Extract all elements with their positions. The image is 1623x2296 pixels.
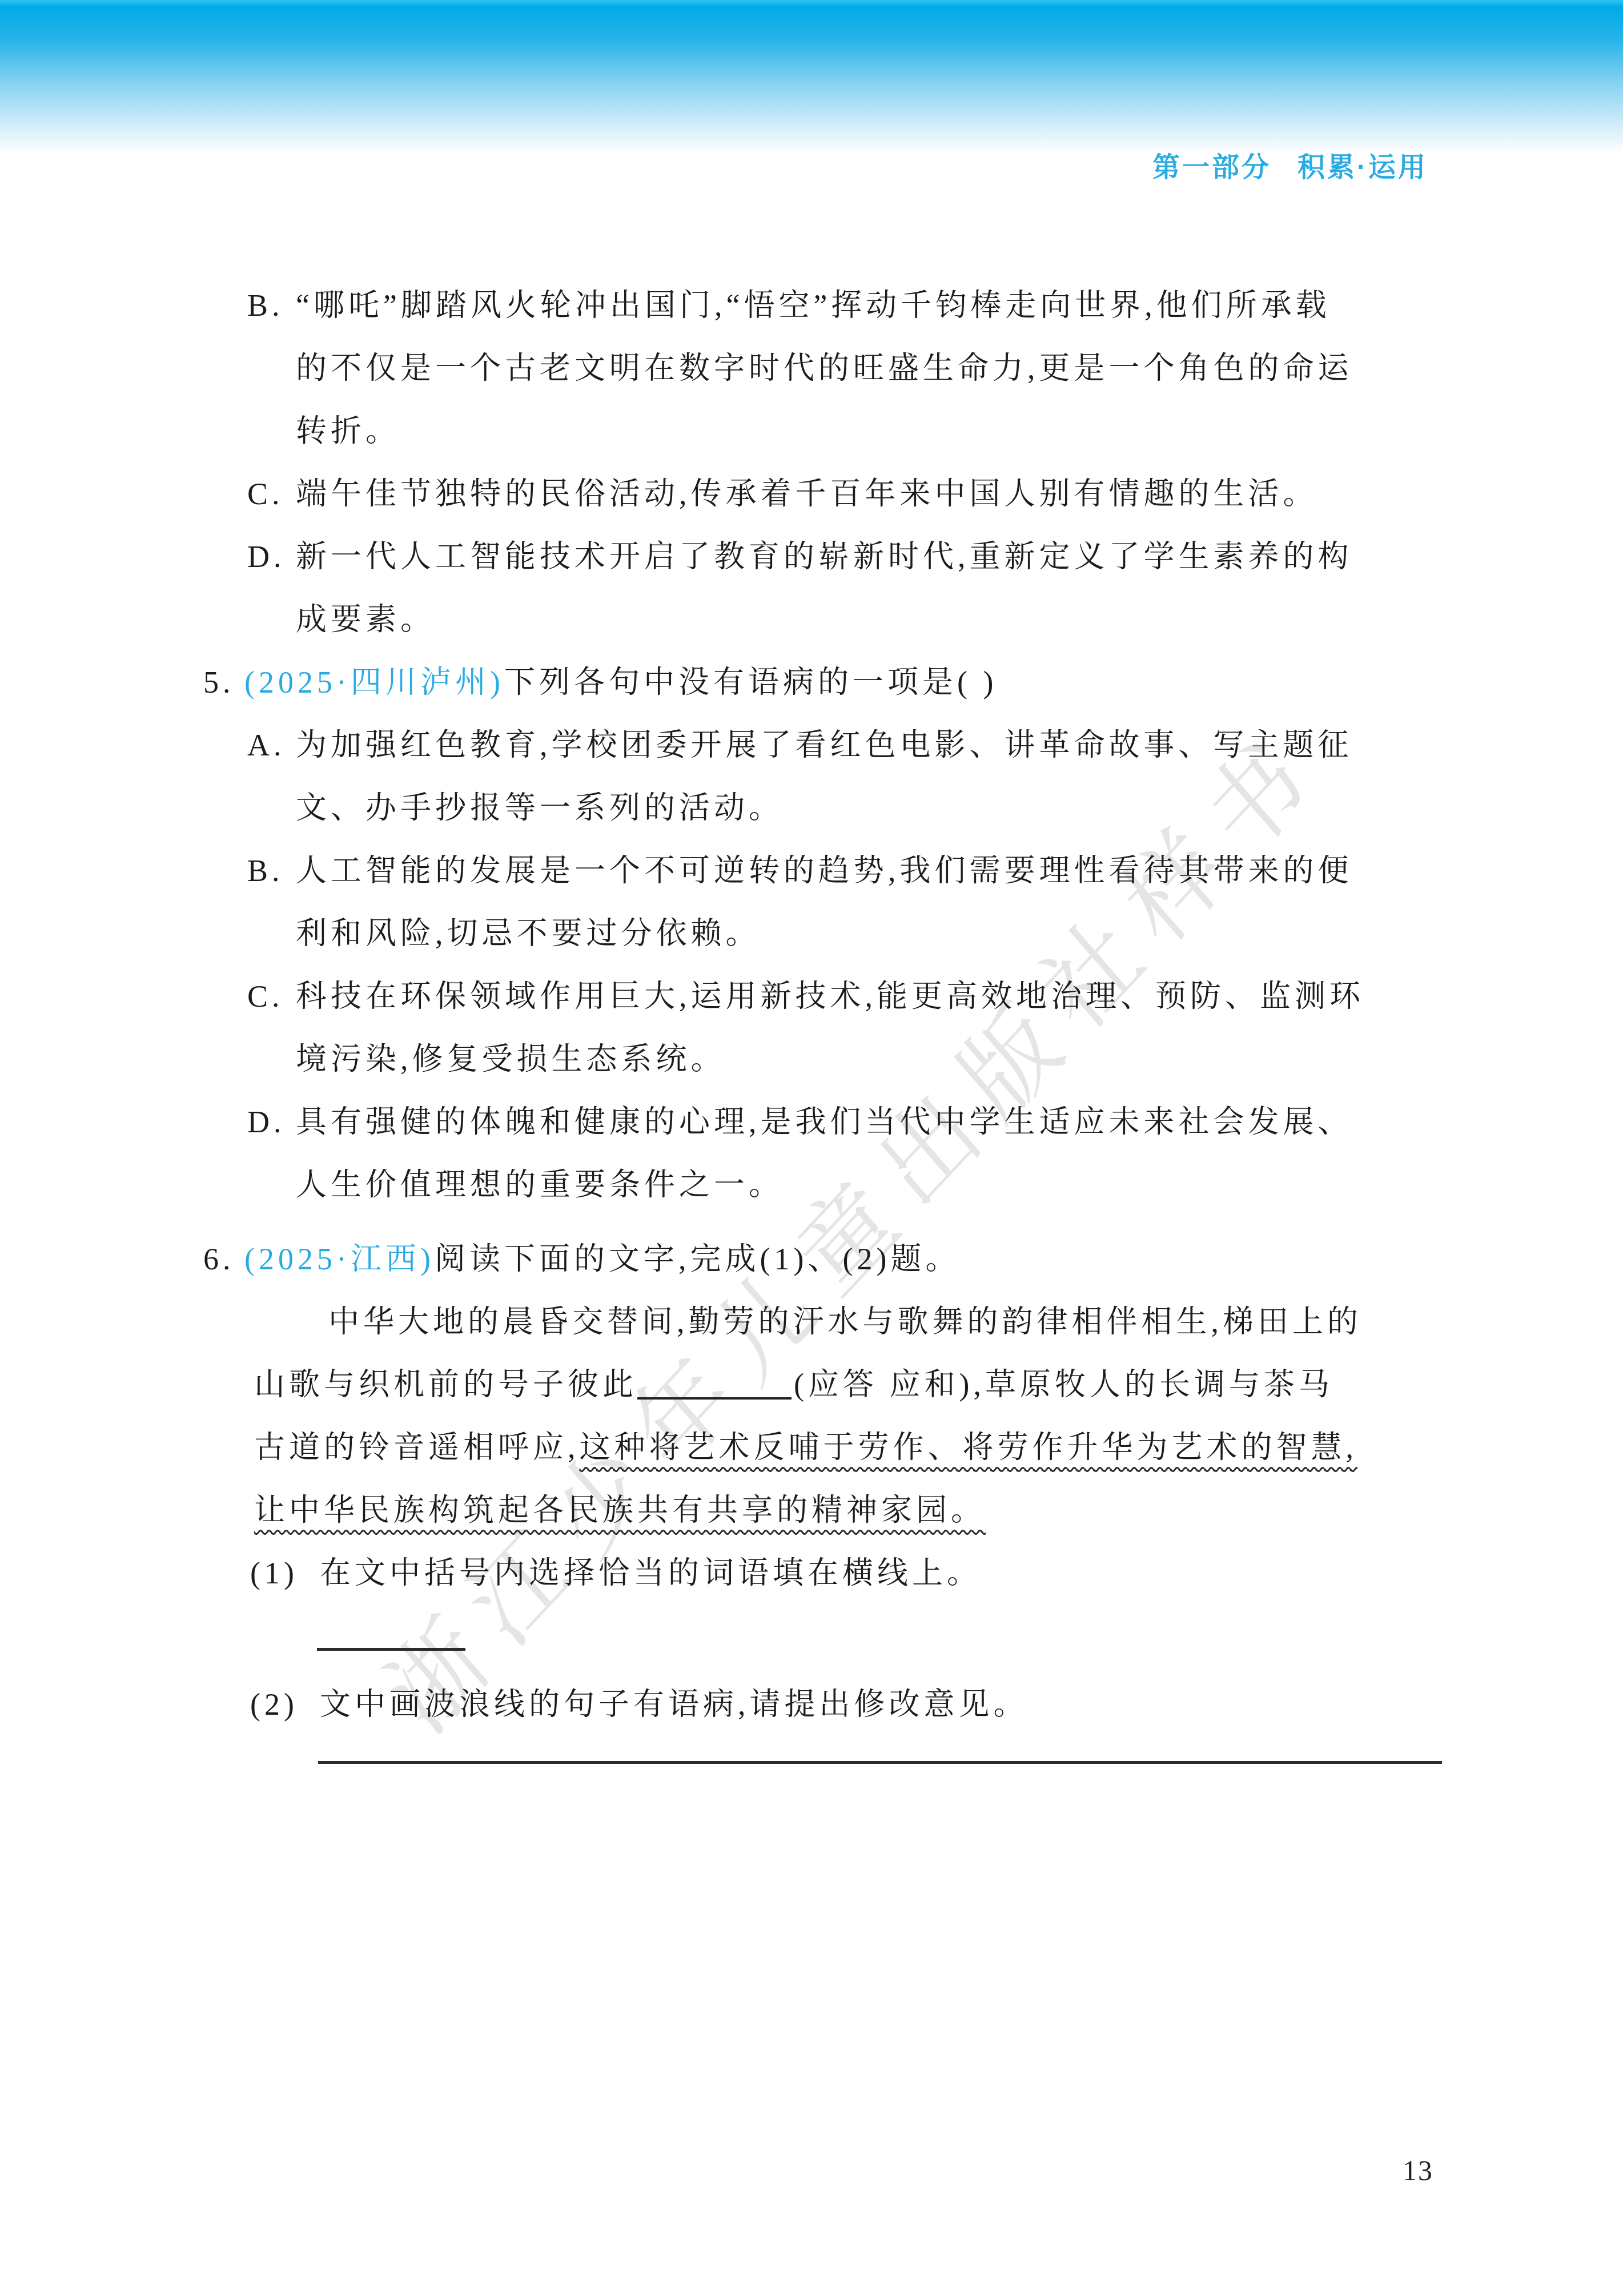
- answer-line-long: [318, 1761, 1442, 1764]
- passage-text: 古道的铃音遥相呼应,: [254, 1430, 580, 1465]
- subquestion-row: (2) 文中画波浪线的句子有语病,请提出修改意见。: [0, 1673, 1623, 1736]
- option-label: B.: [247, 274, 284, 337]
- passage-row: 古道的铃音遥相呼应,这种将艺术反哺于劳作、将劳作升华为艺术的智慧,: [0, 1416, 1623, 1479]
- option-row: 人生价值理想的重要条件之一。: [0, 1153, 1623, 1216]
- question-stem: 下列各句中没有语病的一项是( ): [504, 665, 997, 699]
- wavy-underlined-text: 这种将艺术反哺于劳作、将劳作升华为艺术的智慧,: [580, 1430, 1358, 1465]
- option-row: C. 科技在环保领域作用巨大,运用新技术,能更高效地治理、预防、监测环: [0, 965, 1623, 1028]
- option-row: B. 人工智能的发展是一个不可逆转的趋势,我们需要理性看待其带来的便: [0, 839, 1623, 902]
- question-stem-line: (2025·江西)阅读下面的文字,完成(1)、(2)题。: [0, 1228, 1623, 1290]
- option-row: 成要素。: [0, 588, 1623, 651]
- option-row: D. 新一代人工智能技术开启了教育的崭新时代,重新定义了学生素养的构: [0, 525, 1623, 588]
- passage-line: 让中华民族构筑起各民族共有共享的精神家园。: [0, 1479, 1623, 1542]
- question-stem: 阅读下面的文字,完成(1)、(2)题。: [435, 1242, 960, 1276]
- option-label: D.: [247, 525, 286, 588]
- page-number: 13: [1403, 2154, 1433, 2187]
- fill-blank-line: [637, 1366, 792, 1400]
- answer-space: [0, 1736, 1623, 1827]
- option-row: 文、办手抄报等一系列的活动。: [0, 777, 1623, 839]
- option-line: 端午佳节独特的民俗活动,传承着千百年来中国人别有情趣的生活。: [0, 463, 1623, 525]
- answer-space: [0, 1605, 1623, 1673]
- subquestion-label: (1): [250, 1542, 298, 1605]
- option-line: “哪吒”脚踏风火轮冲出国门,“悟空”挥动千钧棒走向世界,他们所承载: [0, 274, 1623, 337]
- option-label: A.: [247, 714, 286, 777]
- option-label: D.: [247, 1091, 286, 1153]
- passage-line: 古道的铃音遥相呼应,这种将艺术反哺于劳作、将劳作升华为艺术的智慧,: [0, 1416, 1623, 1479]
- option-row: C. 端午佳节独特的民俗活动,传承着千百年来中国人别有情趣的生活。: [0, 463, 1623, 525]
- question-6-head: 6. (2025·江西)阅读下面的文字,完成(1)、(2)题。: [0, 1228, 1623, 1290]
- option-line: 境污染,修复受损生态系统。: [0, 1028, 1623, 1091]
- passage-line: 中华大地的晨昏交替间,勤劳的汗水与歌舞的韵律相伴相生,梯田上的: [0, 1290, 1623, 1353]
- option-line: 的不仅是一个古老文明在数字时代的旺盛生命力,更是一个角色的命运: [0, 337, 1623, 400]
- subquestion-text: 在文中括号内选择恰当的词语填在横线上。: [0, 1542, 1623, 1605]
- answer-line-short: [317, 1648, 465, 1651]
- option-row: B. “哪吒”脚踏风火轮冲出国门,“悟空”挥动千钧棒走向世界,他们所承载: [0, 274, 1623, 337]
- question-5-head: 5. (2025·四川泸州)下列各句中没有语病的一项是( ): [0, 651, 1623, 714]
- option-line: 新一代人工智能技术开启了教育的崭新时代,重新定义了学生素养的构: [0, 525, 1623, 588]
- running-head-part: 第一部分: [1152, 152, 1271, 183]
- running-head: 第一部分积累·运用: [1152, 145, 1428, 184]
- subquestion-row: (1) 在文中括号内选择恰当的词语填在横线上。: [0, 1542, 1623, 1605]
- page-content: B. “哪吒”脚踏风火轮冲出国门,“悟空”挥动千钧棒走向世界,他们所承载 的不仅…: [0, 274, 1623, 1827]
- option-row: 利和风险,切忌不要过分依赖。: [0, 902, 1623, 965]
- option-line: 为加强红色教育,学校团委开展了看红色电影、讲革命故事、写主题征: [0, 714, 1623, 777]
- option-label: B.: [247, 839, 284, 902]
- wavy-underlined-text: 让中华民族构筑起各民族共有共享的精神家园。: [254, 1493, 986, 1527]
- question-number: 6.: [203, 1228, 235, 1290]
- option-label: C.: [247, 965, 284, 1028]
- option-row: 境污染,修复受损生态系统。: [0, 1028, 1623, 1091]
- option-line: 转折。: [0, 400, 1623, 463]
- subquestion-label: (2): [250, 1673, 298, 1736]
- passage-choices: (应答 应和),草原牧人的长调与茶马: [794, 1368, 1333, 1402]
- passage-row: 中华大地的晨昏交替间,勤劳的汗水与歌舞的韵律相伴相生,梯田上的: [0, 1290, 1623, 1353]
- question-stem-line: (2025·四川泸州)下列各句中没有语病的一项是( ): [0, 651, 1623, 714]
- option-line: 人生价值理想的重要条件之一。: [0, 1153, 1623, 1216]
- option-row: D. 具有强健的体魄和健康的心理,是我们当代中学生适应未来社会发展、: [0, 1091, 1623, 1153]
- option-line: 文、办手抄报等一系列的活动。: [0, 777, 1623, 839]
- option-label: C.: [247, 463, 284, 525]
- passage-row: 山歌与织机前的号子彼此(应答 应和),草原牧人的长调与茶马: [0, 1353, 1623, 1416]
- option-row: 转折。: [0, 400, 1623, 463]
- passage-row: 让中华民族构筑起各民族共有共享的精神家园。: [0, 1479, 1623, 1542]
- header-gradient-band: [0, 0, 1623, 155]
- exam-source: (2025·江西): [244, 1242, 435, 1276]
- question-number: 5.: [203, 651, 235, 714]
- option-row: 的不仅是一个古老文明在数字时代的旺盛生命力,更是一个角色的命运: [0, 337, 1623, 400]
- option-line: 人工智能的发展是一个不可逆转的趋势,我们需要理性看待其带来的便: [0, 839, 1623, 902]
- option-row: A. 为加强红色教育,学校团委开展了看红色电影、讲革命故事、写主题征: [0, 714, 1623, 777]
- option-line: 利和风险,切忌不要过分依赖。: [0, 902, 1623, 965]
- subquestion-text: 文中画波浪线的句子有语病,请提出修改意见。: [0, 1673, 1623, 1736]
- textbook-page: 第一部分积累·运用 浙江少年儿童出版社样书 B. “哪吒”脚踏风火轮冲出国门,“…: [0, 0, 1623, 2296]
- exam-source: (2025·四川泸州): [244, 665, 504, 699]
- running-head-section: 积累·运用: [1297, 152, 1428, 183]
- option-line: 科技在环保领域作用巨大,运用新技术,能更高效地治理、预防、监测环: [0, 965, 1623, 1028]
- option-line: 具有强健的体魄和健康的心理,是我们当代中学生适应未来社会发展、: [0, 1091, 1623, 1153]
- option-line: 成要素。: [0, 588, 1623, 651]
- passage-line: 山歌与织机前的号子彼此(应答 应和),草原牧人的长调与茶马: [0, 1353, 1623, 1416]
- passage-text: 山歌与织机前的号子彼此: [254, 1368, 637, 1402]
